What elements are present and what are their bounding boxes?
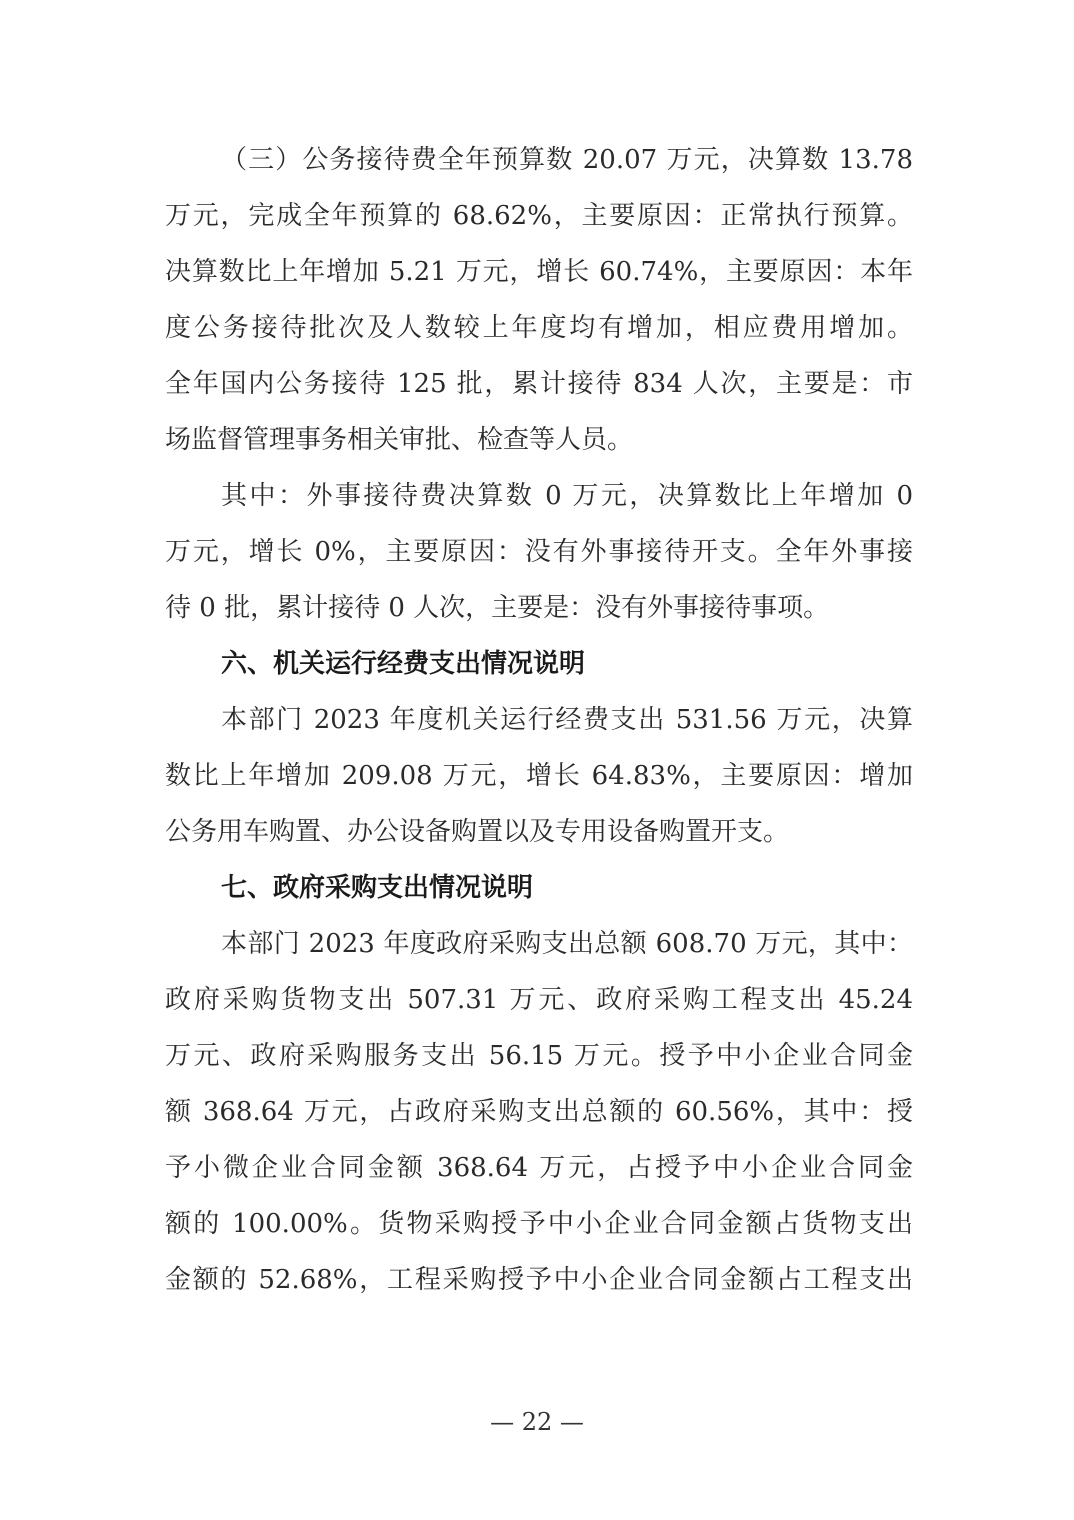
text-line: 政府采购货物支出 507.31 万元、政府采购工程支出 45.24: [165, 980, 913, 1020]
text-line: 数比上年增加 209.08 万元，增长 64.83%，主要原因：增加: [165, 756, 913, 796]
page-number: — 22 —: [0, 1408, 1074, 1436]
text-line: 予小微企业合同金额 368.64 万元，占授予中小企业合同金: [165, 1148, 913, 1188]
text-line: 本部门 2023 年度政府采购支出总额 608.70 万元，其中：: [221, 924, 913, 964]
text-line: 额 368.64 万元，占政府采购支出总额的 60.56%，其中：授: [165, 1092, 913, 1132]
text-line: 全年国内公务接待 125 批，累计接待 834 人次，主要是：市: [165, 364, 913, 404]
text-line: 待 0 批，累计接待 0 人次，主要是：没有外事接待事项。: [165, 588, 913, 628]
text-line: 万元、政府采购服务支出 56.15 万元。授予中小企业合同金: [165, 1036, 913, 1076]
text-line: 万元，完成全年预算的 68.62%，主要原因：正常执行预算。: [165, 196, 913, 236]
text-line: 金额的 52.68%，工程采购授予中小企业合同金额占工程支出: [165, 1260, 913, 1300]
section-heading-government-procurement: 七、政府采购支出情况说明: [221, 868, 533, 908]
text-line: 场监督管理事务相关审批、检查等人员。: [165, 420, 913, 460]
text-line: （三）公务接待费全年预算数 20.07 万元，决算数 13.78: [221, 140, 913, 180]
document-page: （三）公务接待费全年预算数 20.07 万元，决算数 13.78 万元，完成全年…: [0, 0, 1074, 1520]
text-line: 万元，增长 0%，主要原因：没有外事接待开支。全年外事接: [165, 532, 913, 572]
text-line: 决算数比上年增加 5.21 万元，增长 60.74%，主要原因：本年: [165, 252, 913, 292]
text-line: 额的 100.00%。货物采购授予中小企业合同金额占货物支出: [165, 1204, 913, 1244]
text-line: 度公务接待批次及人数较上年度均有增加，相应费用增加。: [165, 308, 913, 348]
text-line: 本部门 2023 年度机关运行经费支出 531.56 万元，决算: [221, 700, 913, 740]
text-line: 公务用车购置、办公设备购置以及专用设备购置开支。: [165, 812, 913, 852]
text-line: 其中：外事接待费决算数 0 万元，决算数比上年增加 0: [221, 476, 913, 516]
section-heading-operating-expenses: 六、机关运行经费支出情况说明: [221, 644, 585, 684]
